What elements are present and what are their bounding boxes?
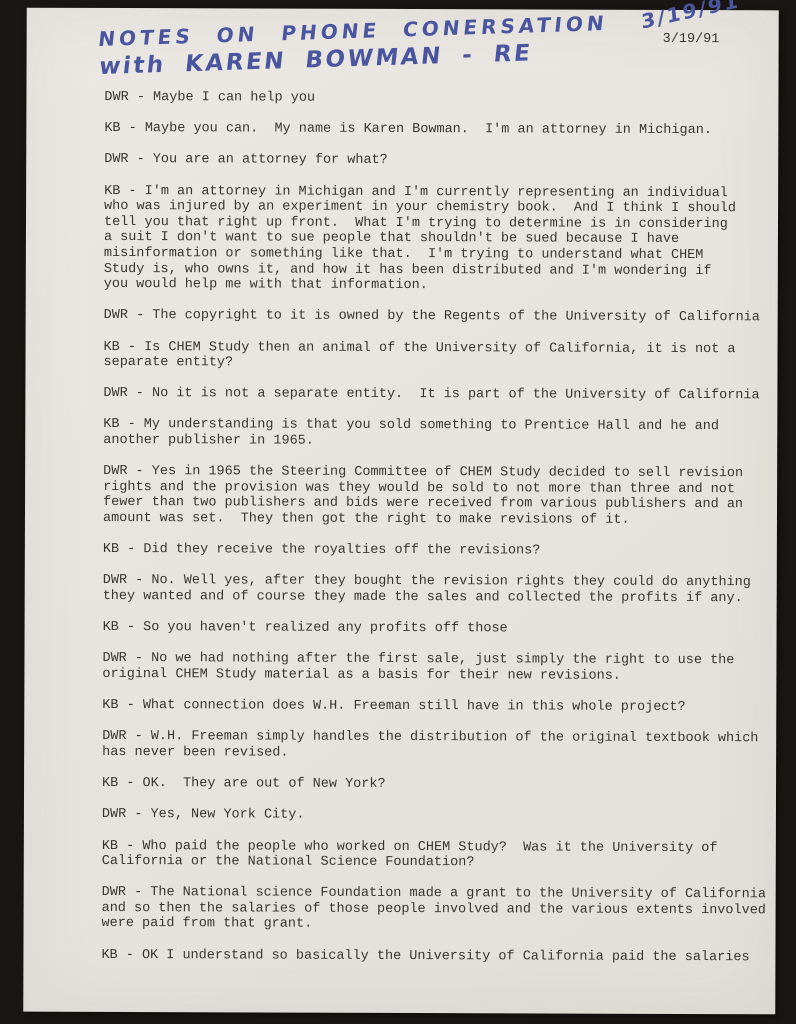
dialogue-line: KB - What connection does W.H. Freeman s… <box>102 698 792 716</box>
dialogue-line: DWR - No we had nothing after the first … <box>102 651 792 685</box>
dialogue-line: KB - Who paid the people who worked on C… <box>102 838 792 872</box>
dialogue-transcript: DWR - Maybe I can help youKB - Maybe you… <box>101 90 794 981</box>
dialogue-line: KB - Is CHEM Study then an animal of the… <box>103 339 793 373</box>
scanned-page-background: NOTES ON PHONE CONERSATION3/19/91 with K… <box>0 0 796 1024</box>
dialogue-line: KB - So you haven't realized any profits… <box>103 620 793 638</box>
dialogue-line: KB - OK I understand so basically the Un… <box>101 948 791 966</box>
dialogue-line: DWR - W.H. Freeman simply handles the di… <box>102 729 792 763</box>
dialogue-line: DWR - Maybe I can help you <box>104 90 794 108</box>
handwritten-annotation: NOTES ON PHONE CONERSATION3/19/91 with K… <box>98 7 733 80</box>
dialogue-line: KB - My understanding is that you sold s… <box>103 417 793 451</box>
dialogue-line: DWR - Yes in 1965 the Steering Committee… <box>103 464 793 529</box>
dialogue-line: DWR - No. Well yes, after they bought th… <box>103 573 793 607</box>
dialogue-line: KB - Did they receive the royalties off … <box>103 542 793 560</box>
dialogue-line: DWR - The National science Foundation ma… <box>102 885 792 934</box>
handwritten-date: 3/19/91 <box>640 0 740 34</box>
typed-date: 3/19/91 <box>663 32 720 47</box>
dialogue-line: DWR - You are an attorney for what? <box>104 152 794 170</box>
document-paper: NOTES ON PHONE CONERSATION3/19/91 with K… <box>23 8 779 1015</box>
dialogue-line: DWR - The copyright to it is owned by th… <box>104 308 794 326</box>
dialogue-line: KB - Maybe you can. My name is Karen Bow… <box>104 121 794 139</box>
dialogue-line: DWR - Yes, New York City. <box>102 807 792 825</box>
dialogue-line: KB - OK. They are out of New York? <box>102 776 792 794</box>
dialogue-line: KB - I'm an attorney in Michigan and I'm… <box>104 184 794 296</box>
dialogue-line: DWR - No it is not a separate entity. It… <box>103 386 793 404</box>
